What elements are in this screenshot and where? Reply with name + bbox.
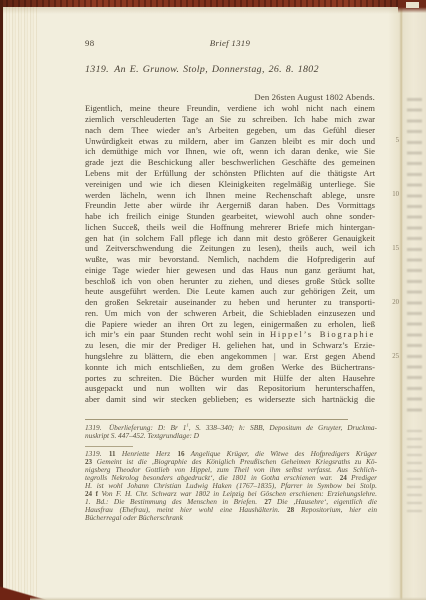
page-corner-notch xyxy=(406,2,419,8)
body-line: hungslehre zu blättern, die eben angekom… xyxy=(85,351,375,362)
body-line: und Zeitverschwendung die Zeitungen zu l… xyxy=(85,243,375,254)
body-line: beschloß ich von oben herunter zu ziehen… xyxy=(85,276,375,287)
left-page-edge-stack xyxy=(3,7,37,600)
body-line: lichen Succeß, theils weil die Hoffnung … xyxy=(85,222,375,233)
body-line: vereinigen und wie ich diesen Kleinigkei… xyxy=(85,179,375,190)
body-line: Eigentlich, meine theure Freundin, verdi… xyxy=(85,103,375,114)
facing-page-ghost-apparatus xyxy=(407,430,422,515)
body-line: aber damit sind wir stecken geblieben; e… xyxy=(85,394,375,405)
facing-page-ghost-text xyxy=(407,98,422,418)
commentary-line: Bücherregal oder Bücherschrank xyxy=(85,514,377,522)
body-line: wußte, was mir bevorstand. Nemlich, nach… xyxy=(85,254,375,265)
header-spacer xyxy=(315,38,375,48)
body-line: Lebens mit der Erfüllung der schönsten P… xyxy=(85,168,375,179)
body-line: ren. Um mich von der schweren Arbeit, di… xyxy=(85,308,375,319)
body-line: ziemlich verschleuderten Tage an Sie zu … xyxy=(85,114,375,125)
body-line: ich mir’s ein paar Stunden recht wohl se… xyxy=(85,329,375,340)
body-line: konnte ich mich entschließen, zu dem gro… xyxy=(85,362,375,373)
running-head: Brief 1319 xyxy=(145,38,315,48)
margin-line-number: 10 xyxy=(392,190,399,201)
book-page-scan: 98 Brief 1319 1319. An E. Grunow. Stolp,… xyxy=(0,0,426,600)
ueberlieferung-line: nuskript S. 447–452. Textgrundlage: D xyxy=(85,432,377,441)
commentary-separator-rule xyxy=(85,446,133,447)
letter-heading: 1319. An E. Grunow. Stolp, Donnerstag, 2… xyxy=(85,64,375,75)
letter-body: Eigentlich, meine theure Freundin, verdi… xyxy=(85,103,375,404)
body-line: grade jezt die Beschickung aller beschwe… xyxy=(85,157,375,168)
body-line: den großen Sekretair auseinander zu hebe… xyxy=(85,297,375,308)
page-number: 98 xyxy=(85,38,145,48)
ueberlieferung-block: 1319. Überlieferung: D: Br 11, S. 338–34… xyxy=(85,424,377,442)
page-header: 98 Brief 1319 xyxy=(85,38,375,48)
page-edge-line xyxy=(399,8,403,600)
body-line: Freundin Jette aber würde ihr Aergerniß … xyxy=(85,200,375,211)
body-line: einige Tage wieder hier gewesen und das … xyxy=(85,265,375,276)
page-top-shadow xyxy=(0,7,426,14)
body-line: Unwürdigkeit etwas zu mildern, aber im G… xyxy=(85,136,375,147)
body-line: zu lesen, die mir der Prediger H. gelieh… xyxy=(85,340,375,351)
body-line: portes zu schreiten. Die Bücher wurden m… xyxy=(85,373,375,384)
body-line: die Papiere wieder an ihren Ort zu legen… xyxy=(85,319,375,330)
body-line: heute ausgeführt werden. Die Leute kamen… xyxy=(85,286,375,297)
commentary-block: 1319. 11 Henriette Herz 16 Angelique Krü… xyxy=(85,450,377,522)
body-line: ich demüthige mich vor Ihnen, wie oft, w… xyxy=(85,146,375,157)
body-line: habe ich freilich einige Stunden gearbei… xyxy=(85,211,375,222)
margin-line-number: 5 xyxy=(396,136,399,147)
apparatus-separator-rule xyxy=(85,419,348,420)
margin-line-number: 25 xyxy=(392,352,399,363)
margin-line-number: 20 xyxy=(392,298,399,309)
letter-dateline: Den 26sten August 1802 Abends. xyxy=(85,92,375,102)
margin-line-number: 15 xyxy=(392,244,399,255)
book-cover-left-edge xyxy=(0,0,3,600)
body-line: werden lächeln, wenn ich Ihnen meine Rec… xyxy=(85,190,375,201)
body-line: ausgepackt und nun wollten wir das Repos… xyxy=(85,383,375,394)
body-line: nach dem Thee wieder an’s Arbeiten gegeb… xyxy=(85,125,375,136)
book-cover-top-edge xyxy=(0,0,426,7)
body-line: gen hat (in solchem Fall pflege ich dann… xyxy=(85,233,375,244)
